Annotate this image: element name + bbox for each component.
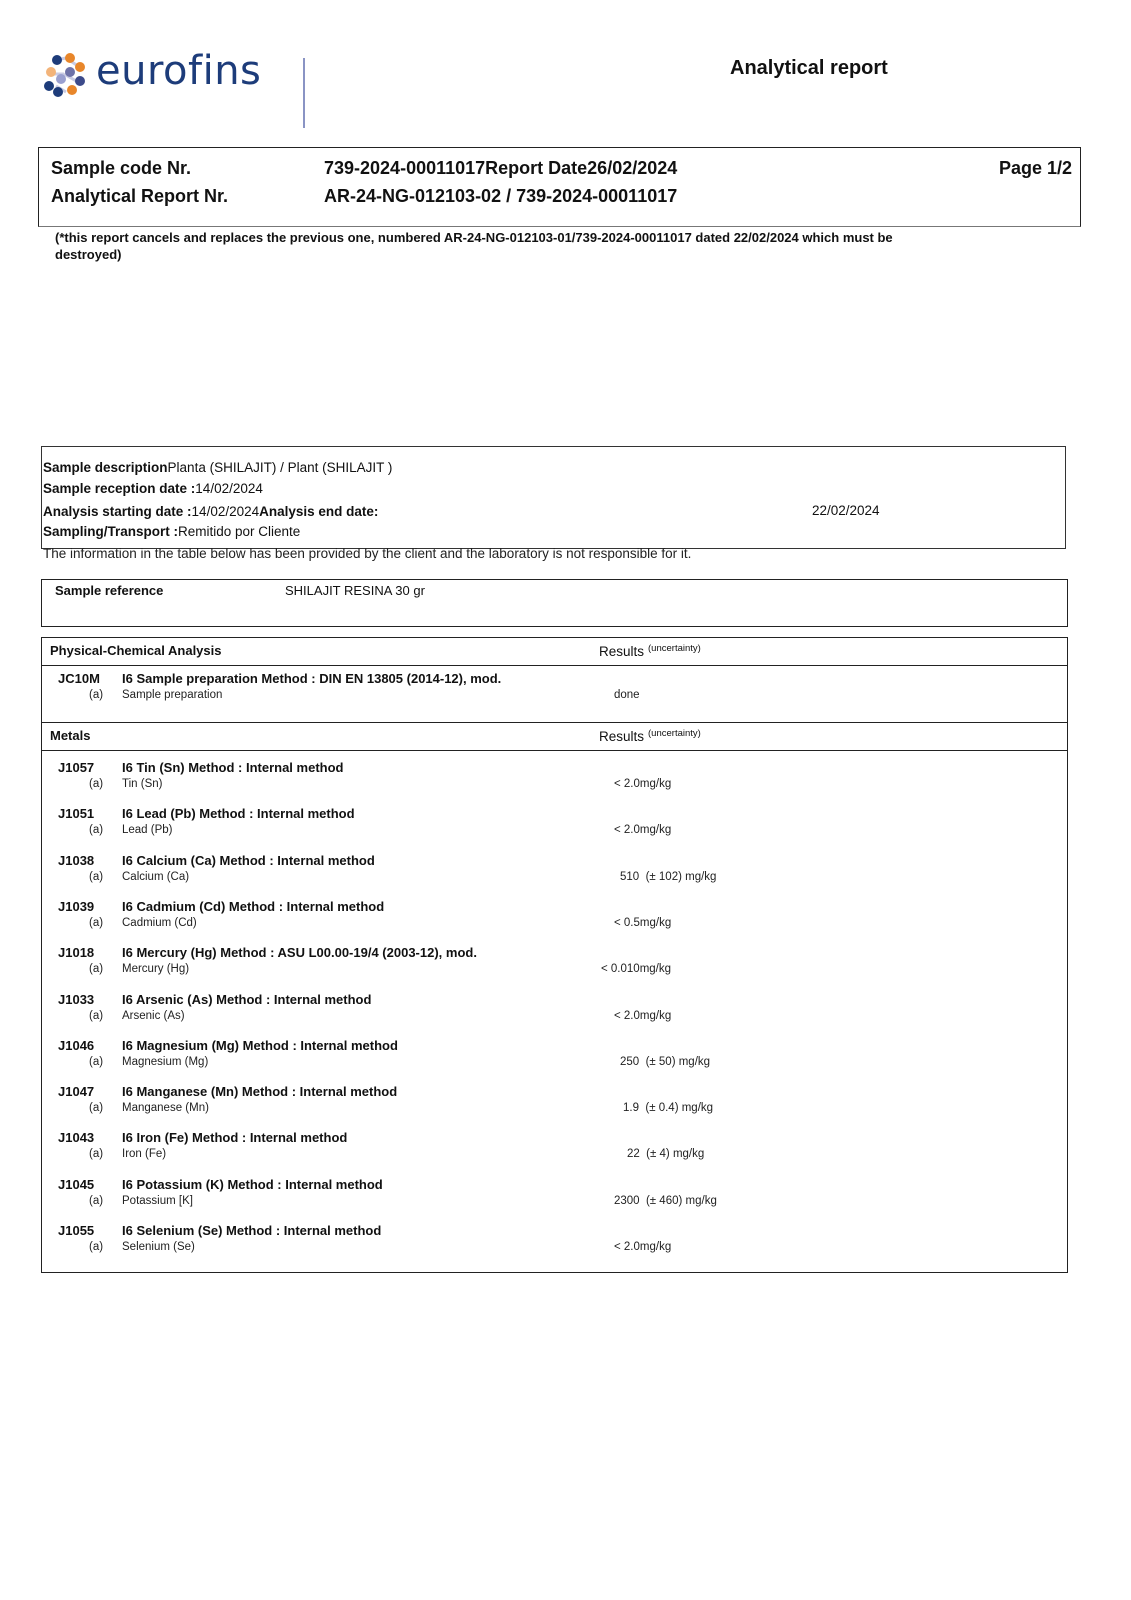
sample-reference-box: Sample reference SHILAJIT RESINA 30 gr [41, 579, 1068, 627]
analysis-row: J1046I6 Magnesium (Mg) Method : Internal… [42, 1038, 1067, 1084]
sample-info-box: Sample descriptionPlanta (SHILAJIT) / Pl… [41, 446, 1066, 549]
analysis-parameter: Magnesium (Mg) [122, 1056, 208, 1068]
section-header-physical-chemical: Physical-Chemical Analysis Results(uncer… [41, 637, 1068, 666]
analysis-code: J1046 [58, 1038, 94, 1053]
analysis-sub-index: (a) [89, 778, 103, 790]
analysis-parameter: Sample preparation [122, 689, 222, 701]
header-divider [303, 58, 305, 128]
analysis-code: J1038 [58, 853, 94, 868]
sample-description-label: Sample description [43, 460, 168, 475]
analysis-method: I6 Arsenic (As) Method : Internal method [122, 992, 371, 1007]
analysis-parameter: Tin (Sn) [122, 778, 162, 790]
analysis-method: I6 Sample preparation Method : DIN EN 13… [122, 671, 501, 686]
analysis-sub-index: (a) [89, 1102, 103, 1114]
page-indicator: Page 1/2 [999, 158, 1072, 179]
analysis-code: JC10M [58, 671, 100, 686]
analysis-result: < 2.0mg/kg [614, 1241, 671, 1253]
analysis-sub-index: (a) [89, 1241, 103, 1253]
analysis-code: J1045 [58, 1177, 94, 1192]
sample-description-value: Planta (SHILAJIT) / Plant (SHILAJIT ) [168, 460, 393, 475]
analysis-code: J1018 [58, 945, 94, 960]
analysis-code: J1057 [58, 760, 94, 775]
analysis-method: I6 Cadmium (Cd) Method : Internal method [122, 899, 384, 914]
results-column-header: Results(uncertainty) [599, 728, 701, 744]
analysis-row: J1033I6 Arsenic (As) Method : Internal m… [42, 992, 1067, 1038]
analysis-code: J1051 [58, 806, 94, 821]
cancellation-note: (*this report cancels and replaces the p… [55, 229, 915, 263]
analysis-sub-index: (a) [89, 963, 103, 975]
analysis-method: I6 Tin (Sn) Method : Internal method [122, 760, 343, 775]
eurofins-dots-logo-icon [42, 52, 90, 98]
analysis-sub-index: (a) [89, 917, 103, 929]
analysis-parameter: Potassium [K] [122, 1195, 193, 1207]
analysis-parameter: Arsenic (As) [122, 1010, 185, 1022]
analysis-parameter: Selenium (Se) [122, 1241, 195, 1253]
analysis-method: I6 Potassium (K) Method : Internal metho… [122, 1177, 383, 1192]
sample-code-value: 739-2024-00011017Report Date26/02/2024 [324, 158, 677, 179]
analysis-row: J1043I6 Iron (Fe) Method : Internal meth… [42, 1130, 1067, 1176]
analysis-parameter: Mercury (Hg) [122, 963, 189, 975]
sample-reference-value: SHILAJIT RESINA 30 gr [285, 583, 425, 598]
brand-name: eurofins [96, 48, 261, 94]
sample-reference-label: Sample reference [55, 583, 163, 598]
analysis-result: < 2.0mg/kg [614, 1010, 671, 1022]
end-date-value: 22/02/2024 [812, 503, 880, 518]
analysis-row: J1051I6 Lead (Pb) Method : Internal meth… [42, 806, 1067, 852]
analysis-sub-index: (a) [89, 1195, 103, 1207]
report-number-value: AR-24-NG-012103-02 / 739-2024-00011017 [324, 186, 677, 207]
analysis-parameter: Calcium (Ca) [122, 871, 189, 883]
section-body-metals: J1057I6 Tin (Sn) Method : Internal metho… [41, 751, 1068, 1273]
report-identification-box: Sample code Nr. 739-2024-00011017Report … [38, 147, 1081, 227]
analysis-code: J1039 [58, 899, 94, 914]
analysis-result: < 2.0mg/kg [614, 824, 671, 836]
report-number-label: Analytical Report Nr. [51, 186, 228, 207]
section-title: Physical-Chemical Analysis [50, 643, 222, 658]
start-date-value: 14/02/2024 [192, 504, 260, 519]
analysis-method: I6 Calcium (Ca) Method : Internal method [122, 853, 375, 868]
uncertainty-label: (uncertainty) [648, 728, 701, 739]
analysis-row: J1057I6 Tin (Sn) Method : Internal metho… [42, 760, 1067, 806]
analysis-parameter: Iron (Fe) [122, 1148, 166, 1160]
results-column-header: Results(uncertainty) [599, 643, 701, 659]
analysis-row: JC10M I6 Sample preparation Method : DIN… [42, 671, 1067, 717]
sample-code-label: Sample code Nr. [51, 158, 191, 179]
analysis-code: J1043 [58, 1130, 94, 1145]
analysis-result: 250 (± 50) mg/kg [620, 1056, 710, 1068]
analysis-row: J1038I6 Calcium (Ca) Method : Internal m… [42, 853, 1067, 899]
analysis-result: 510 (± 102) mg/kg [620, 871, 716, 883]
sampling-transport: Sampling/Transport :Remitido por Cliente [43, 524, 300, 539]
results-label: Results [599, 644, 644, 659]
reception-date-value: 14/02/2024 [195, 481, 263, 496]
analysis-method: I6 Mercury (Hg) Method : ASU L00.00-19/4… [122, 945, 477, 960]
analysis-dates: Analysis starting date :14/02/2024Analys… [43, 504, 378, 519]
analysis-sub-index: (a) [89, 871, 103, 883]
section-header-metals: Metals Results(uncertainty) [41, 722, 1068, 751]
section-title: Metals [50, 728, 90, 743]
analysis-method: I6 Selenium (Se) Method : Internal metho… [122, 1223, 381, 1238]
analysis-result: < 0.010mg/kg [601, 963, 671, 975]
reception-date-label: Sample reception date : [43, 481, 195, 496]
transport-label: Sampling/Transport : [43, 524, 178, 539]
analysis-parameter: Manganese (Mn) [122, 1102, 209, 1114]
analysis-parameter: Lead (Pb) [122, 824, 173, 836]
analysis-method: I6 Iron (Fe) Method : Internal method [122, 1130, 347, 1145]
uncertainty-label: (uncertainty) [648, 643, 701, 654]
analysis-result: < 0.5mg/kg [614, 917, 671, 929]
analysis-method: I6 Magnesium (Mg) Method : Internal meth… [122, 1038, 398, 1053]
analysis-sub-index: (a) [89, 1010, 103, 1022]
analysis-sub-index: (a) [89, 1148, 103, 1160]
analysis-code: J1055 [58, 1223, 94, 1238]
analysis-row: J1047I6 Manganese (Mn) Method : Internal… [42, 1084, 1067, 1130]
analysis-result: < 2.0mg/kg [614, 778, 671, 790]
analysis-sub-index: (a) [89, 824, 103, 836]
analysis-row: J1018I6 Mercury (Hg) Method : ASU L00.00… [42, 945, 1067, 991]
eurofins-logo: eurofins [42, 52, 282, 98]
analysis-code: J1047 [58, 1084, 94, 1099]
analysis-result: 22 (± 4) mg/kg [627, 1148, 704, 1160]
analysis-result: 1.9 (± 0.4) mg/kg [623, 1102, 713, 1114]
sample-reception-date: Sample reception date :14/02/2024 [43, 481, 263, 496]
analysis-result: done [614, 689, 640, 701]
analysis-row: J1055I6 Selenium (Se) Method : Internal … [42, 1223, 1067, 1269]
report-title: Analytical report [730, 57, 888, 80]
analysis-code: J1033 [58, 992, 94, 1007]
sample-description: Sample descriptionPlanta (SHILAJIT) / Pl… [43, 460, 392, 475]
analysis-sub-index: (a) [89, 689, 103, 701]
analysis-row: J1039I6 Cadmium (Cd) Method : Internal m… [42, 899, 1067, 945]
transport-value: Remitido por Cliente [178, 524, 300, 539]
analysis-sub-index: (a) [89, 1056, 103, 1068]
analysis-result: 2300 (± 460) mg/kg [614, 1195, 717, 1207]
start-date-label: Analysis starting date : [43, 504, 192, 519]
analysis-row: J1045I6 Potassium (K) Method : Internal … [42, 1177, 1067, 1223]
end-date-label: Analysis end date: [259, 504, 378, 519]
section-body-physical-chemical: JC10M I6 Sample preparation Method : DIN… [41, 666, 1068, 723]
analysis-method: I6 Manganese (Mn) Method : Internal meth… [122, 1084, 397, 1099]
results-label: Results [599, 729, 644, 744]
client-info-disclaimer: The information in the table below has b… [43, 546, 691, 561]
analysis-method: I6 Lead (Pb) Method : Internal method [122, 806, 355, 821]
analysis-parameter: Cadmium (Cd) [122, 917, 197, 929]
